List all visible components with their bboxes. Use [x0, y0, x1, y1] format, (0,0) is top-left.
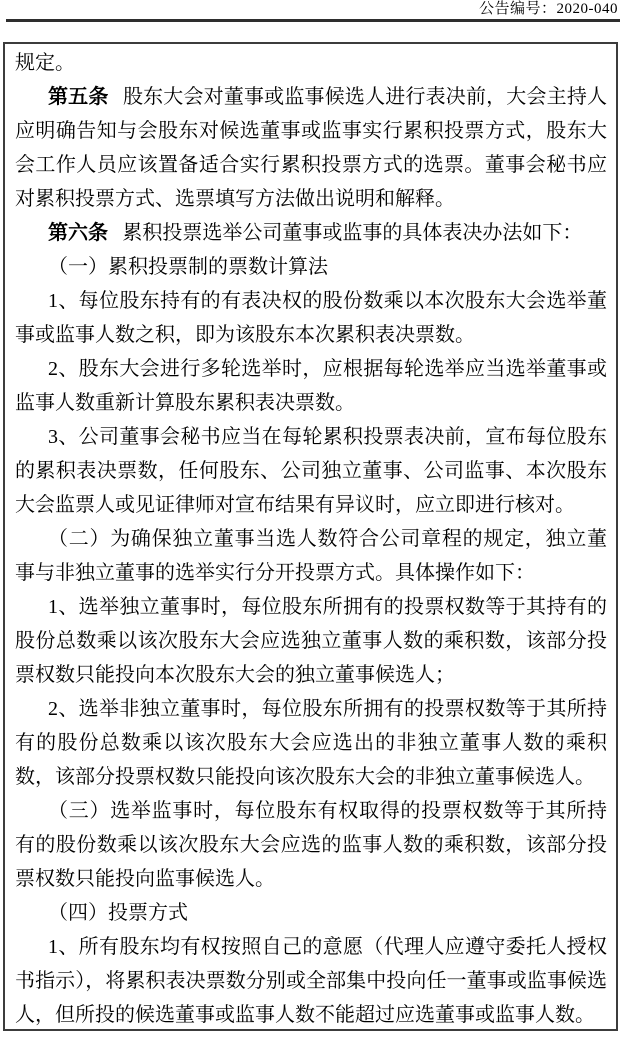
paragraph-text: 规定。	[15, 52, 75, 74]
document-page: { "header": { "announcement_no": "公告编号：2…	[0, 0, 626, 1037]
paragraph: （一）累积投票制的票数计算法	[15, 250, 607, 284]
paragraph-text: 3、公司董事会秘书应当在每轮累积投票表决前，宣布每位股东的累积表决票数，任何股东…	[15, 426, 607, 516]
article-paragraph: 第五条股东大会对董事或监事候选人进行表决前，大会主持人应明确告知与会股东对候选董…	[15, 80, 607, 216]
paragraph-text: （二）为确保独立董事当选人数符合公司章程的规定，独立董事与非独立董事的选举实行分…	[15, 528, 607, 584]
paragraph: （二）为确保独立董事当选人数符合公司章程的规定，独立董事与非独立董事的选举实行分…	[15, 522, 607, 590]
paragraph: 规定。	[15, 46, 607, 80]
paragraph-text: 1、所有股东均有权按照自己的意愿（代理人应遵守委托人授权书指示），将累积表决票数…	[15, 936, 607, 1026]
paragraph-text: （四）投票方式	[48, 902, 188, 924]
paragraph-text: 累积投票选举公司董事或监事的具体表决办法如下：	[122, 222, 582, 244]
paragraph: 1、选举独立董事时，每位股东所拥有的投票权数等于其持有的股份总数乘以该次股东大会…	[15, 590, 607, 692]
paragraph-text: 1、选举独立董事时，每位股东所拥有的投票权数等于其持有的股份总数乘以该次股东大会…	[15, 596, 607, 686]
paragraph: 3、公司董事会秘书应当在每轮累积投票表决前，宣布每位股东的累积表决票数，任何股东…	[15, 420, 607, 522]
header-divider	[6, 19, 620, 22]
paragraph: （四）投票方式	[15, 896, 607, 930]
paragraph-text: 1、每位股东持有的有表决权的股份数乘以本次股东大会选举董事或监事人数之积，即为该…	[15, 290, 607, 346]
paragraph: （三）选举监事时，每位股东有权取得的投票权数等于其所持有的股份数乘以该次股东大会…	[15, 794, 607, 896]
paragraph-text: （三）选举监事时，每位股东有权取得的投票权数等于其所持有的股份数乘以该次股东大会…	[15, 800, 607, 890]
paragraph: 1、每位股东持有的有表决权的股份数乘以本次股东大会选举董事或监事人数之积，即为该…	[15, 284, 607, 352]
article-number-label: 第六条	[48, 222, 108, 244]
paragraph-text: 2、选举非独立董事时，每位股东所拥有的投票权数等于其所持有的股份总数乘以该次股东…	[15, 698, 607, 788]
paragraph: 1、所有股东均有权按照自己的意愿（代理人应遵守委托人授权书指示），将累积表决票数…	[15, 930, 607, 1031]
article-paragraph: 第六条累积投票选举公司董事或监事的具体表决办法如下：	[15, 216, 607, 250]
paragraph-text: （一）累积投票制的票数计算法	[48, 256, 328, 278]
announcement-number: 公告编号：2020-040	[0, 0, 618, 18]
paragraph-text: 2、股东大会进行多轮选举时，应根据每轮选举应当选举董事或监事人数重新计算股东累积…	[15, 358, 607, 414]
paragraph: 2、股东大会进行多轮选举时，应根据每轮选举应当选举董事或监事人数重新计算股东累积…	[15, 352, 607, 420]
paragraph: 2、选举非独立董事时，每位股东所拥有的投票权数等于其所持有的股份总数乘以该次股东…	[15, 692, 607, 794]
document-text-frame: 规定。第五条股东大会对董事或监事候选人进行表决前，大会主持人应明确告知与会股东对…	[3, 42, 618, 1031]
article-number-label: 第五条	[48, 86, 109, 108]
